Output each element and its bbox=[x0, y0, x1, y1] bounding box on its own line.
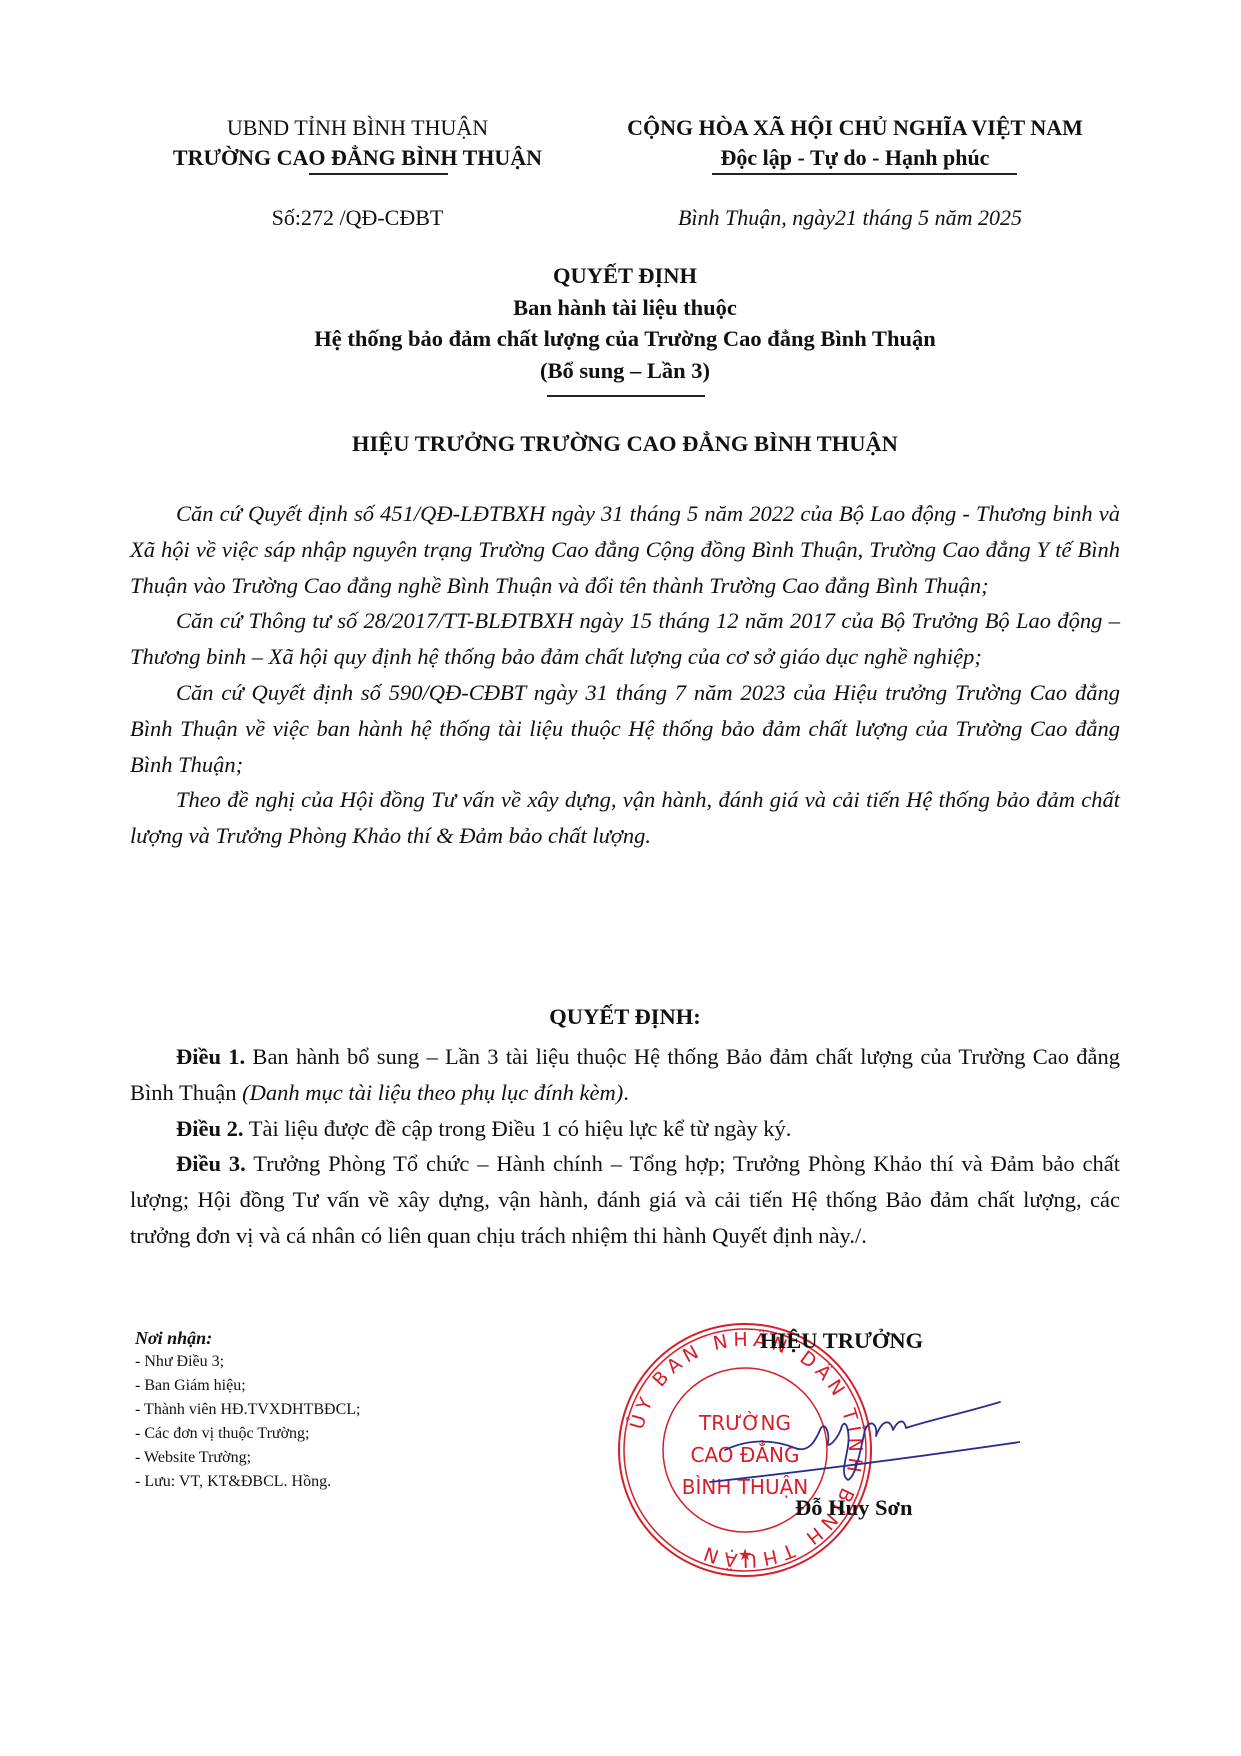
recipient-item: - Ban Giám hiệu; bbox=[135, 1374, 495, 1398]
issuer-parent: UBND TỈNH BÌNH THUẬN bbox=[130, 113, 585, 143]
article-end: . bbox=[623, 1080, 629, 1105]
recipients-title: Nơi nhận: bbox=[135, 1326, 495, 1350]
svg-text:★: ★ bbox=[738, 1545, 752, 1564]
legal-basis-item: Căn cứ Quyết định số 590/QĐ-CĐBT ngày 31… bbox=[130, 675, 1120, 782]
handwritten-signature bbox=[690, 1380, 1020, 1500]
article-3: Điều 3. Trưởng Phòng Tổ chức – Hành chín… bbox=[130, 1146, 1120, 1253]
issuer-name: TRƯỜNG CAO ĐẲNG BÌNH THUẬN bbox=[130, 143, 585, 173]
article-label: Điều 2. bbox=[176, 1116, 244, 1141]
legal-basis-item: Căn cứ Quyết định số 451/QĐ-LĐTBXH ngày … bbox=[130, 496, 1120, 603]
article-2: Điều 2. Tài liệu được đề cập trong Điều … bbox=[130, 1111, 1120, 1147]
recipient-item: - Như Điều 3; bbox=[135, 1350, 495, 1374]
legal-basis: Căn cứ Quyết định số 451/QĐ-LĐTBXH ngày … bbox=[130, 496, 1120, 854]
decision-heading: QUYẾT ĐỊNH: bbox=[130, 1004, 1120, 1030]
articles: Điều 1. Ban hành bổ sung – Lần 3 tài liệ… bbox=[130, 1039, 1120, 1254]
signer-position: HIỆU TRƯỞNG bbox=[760, 1328, 923, 1354]
issuing-authority: HIỆU TRƯỞNG TRƯỜNG CAO ĐẲNG BÌNH THUẬN bbox=[130, 431, 1120, 457]
article-text: Trưởng Phòng Tổ chức – Hành chính – Tổng… bbox=[130, 1151, 1120, 1248]
decision-type: QUYẾT ĐỊNH bbox=[130, 260, 1120, 292]
article-1: Điều 1. Ban hành bổ sung – Lần 3 tài liệ… bbox=[130, 1039, 1120, 1111]
decision-subject-line1: Ban hành tài liệu thuộc bbox=[130, 292, 1120, 324]
recipient-item: - Lưu: VT, KT&ĐBCL. Hồng. bbox=[135, 1470, 495, 1494]
issuer-name-text: TRƯỜNG CAO ĐẲNG BÌNH THUẬN bbox=[173, 145, 542, 170]
motto-underline bbox=[712, 173, 1017, 175]
recipient-item: - Thành viên HĐ.TVXDHTBĐCL; bbox=[135, 1398, 495, 1422]
place-date: Bình Thuận, ngày21 tháng 5 năm 2025 bbox=[580, 205, 1120, 231]
article-text: Tài liệu được đề cập trong Điều 1 có hiệ… bbox=[244, 1116, 792, 1141]
issuer-block: UBND TỈNH BÌNH THUẬN TRƯỜNG CAO ĐẲNG BÌN… bbox=[130, 113, 585, 173]
recipient-item: - Website Trường; bbox=[135, 1446, 495, 1470]
article-label: Điều 3. bbox=[176, 1151, 246, 1176]
motto: Độc lập - Tự do - Hạnh phúc bbox=[585, 143, 1125, 173]
article-label: Điều 1. bbox=[176, 1044, 245, 1069]
decision-subject-line3: (Bổ sung – Lần 3) bbox=[130, 355, 1120, 387]
title-underline bbox=[547, 395, 705, 397]
recipient-item: - Các đơn vị thuộc Trường; bbox=[135, 1422, 495, 1446]
country-name: CỘNG HÒA XÃ HỘI CHỦ NGHĨA VIỆT NAM bbox=[585, 113, 1125, 143]
legal-basis-item: Theo đề nghị của Hội đồng Tư vấn về xây … bbox=[130, 782, 1120, 854]
article-note: (Danh mục tài liệu theo phụ lục đính kèm… bbox=[242, 1080, 623, 1105]
issuer-underline bbox=[309, 173, 448, 175]
decision-subject-line2: Hệ thống bảo đảm chất lượng của Trường C… bbox=[130, 323, 1120, 355]
national-header: CỘNG HÒA XÃ HỘI CHỦ NGHĨA VIỆT NAM Độc l… bbox=[585, 113, 1125, 173]
decision-title: QUYẾT ĐỊNH Ban hành tài liệu thuộc Hệ th… bbox=[130, 260, 1120, 386]
signer-name: Đỗ Huy Sơn bbox=[795, 1495, 913, 1521]
legal-basis-item: Căn cứ Thông tư số 28/2017/TT-BLĐTBXH ng… bbox=[130, 603, 1120, 675]
recipients: Nơi nhận: - Như Điều 3; - Ban Giám hiệu;… bbox=[135, 1326, 495, 1494]
document-number: Số:272 /QĐ-CĐBT bbox=[130, 205, 585, 231]
